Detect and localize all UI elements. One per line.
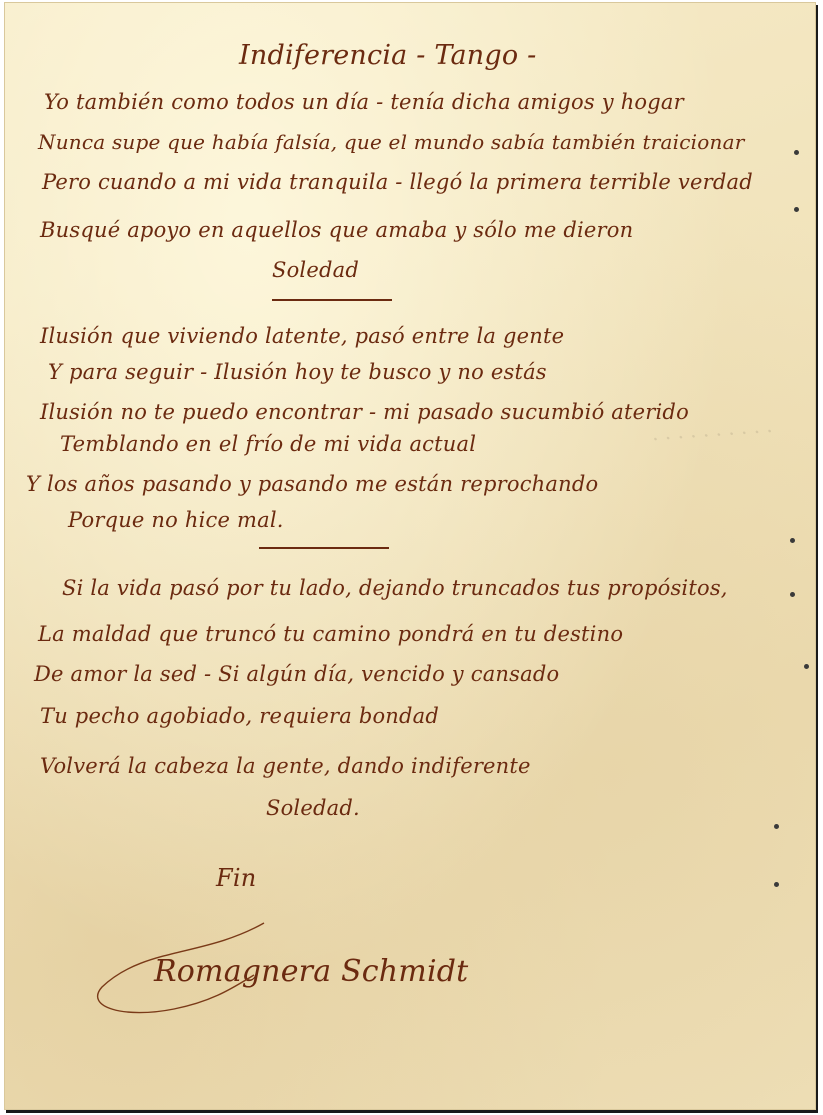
stanza-2-line-4: Temblando en el frío de mi vida actual <box>60 432 476 456</box>
signature-flourish-icon <box>84 917 304 1037</box>
stanza-3-line-5: Volverá la cabeza la gente, dando indife… <box>40 754 531 778</box>
stanza-1-line-1: Yo también como todos un día - tenía dic… <box>44 90 684 114</box>
section-divider <box>259 547 389 549</box>
stanza-1-line-3: Pero cuando a mi vida tranquila - llegó … <box>42 170 753 194</box>
stanza-3-line-2: La maldad que truncó tu camino pondrá en… <box>38 622 623 646</box>
section-divider <box>272 299 392 301</box>
binder-hole <box>794 207 799 212</box>
stanza-2-line-2: Y para seguir - Ilusión hoy te busco y n… <box>48 360 547 384</box>
binder-hole <box>774 824 779 829</box>
stanza-3-line-4: Tu pecho agobiado, requiera bondad <box>40 704 439 728</box>
stanza-3-line-1: Si la vida pasó por tu lado, dejando tru… <box>62 576 728 600</box>
stanza-1-line-2: Nunca supe que había falsía, que el mund… <box>38 130 744 154</box>
manuscript-page: · · · · · · · · · · Indiferencia - Tango… <box>4 2 816 1110</box>
stanza-1-line-4: Busqué apoyo en aquellos que amaba y sól… <box>40 218 633 242</box>
binder-hole <box>794 150 799 155</box>
stanza-3-refrain: Soledad. <box>266 796 360 820</box>
binder-hole <box>774 882 779 887</box>
stanza-2-line-5: Y los años pasando y pasando me están re… <box>26 472 598 496</box>
stanza-3-line-3: De amor la sed - Si algún día, vencido y… <box>34 662 559 686</box>
stanza-2-line-3: Ilusión no te puedo encontrar - mi pasad… <box>40 400 689 424</box>
song-title: Indiferencia - Tango - <box>239 40 536 71</box>
binder-hole <box>790 538 795 543</box>
binder-hole <box>804 664 809 669</box>
stanza-2-line-6: Porque no hice mal. <box>68 508 284 532</box>
closing-fin: Fin <box>216 864 256 892</box>
stanza-1-refrain: Soledad <box>272 258 359 282</box>
stanza-2-line-1: Ilusión que viviendo latente, pasó entre… <box>40 324 564 348</box>
binder-hole <box>790 592 795 597</box>
